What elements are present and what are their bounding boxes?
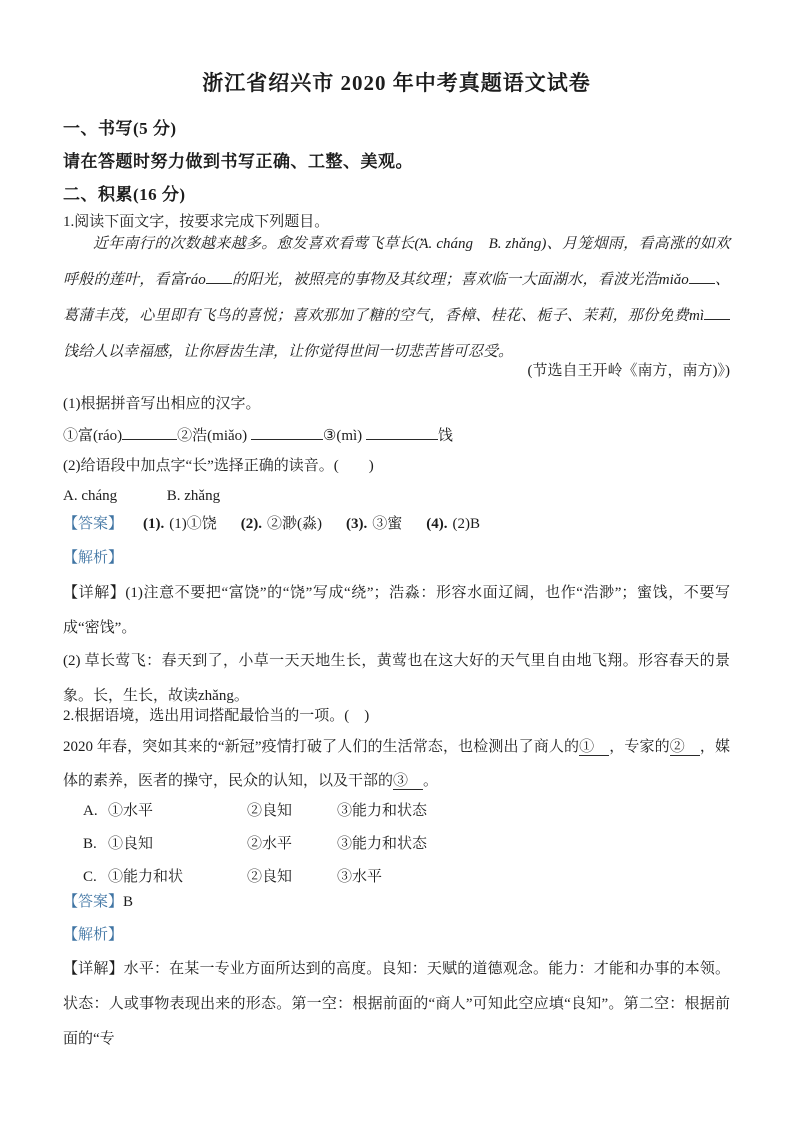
q1-answer-part: (4).(2)B — [426, 508, 480, 541]
q2-detail: 【详解】水平：在某一专业方面所达到的高度。良知：天赋的道德观念。能力：才能和办事… — [63, 952, 730, 1057]
exam-document-page: 浙江省绍兴市 2020 年中考真题语文试卷 一、书写(5 分) 请在答题时努力做… — [0, 0, 793, 1122]
q1-detail-1: 【详解】(1)注意不要把“富饶”的“饶”写成“绕”；浩淼：形容水面辽阔，也作“浩… — [63, 576, 730, 646]
q2-stem: 2.根据语境，选出用词搭配最恰当的一项。( ) — [63, 700, 730, 733]
blank-underline — [689, 281, 715, 284]
section-heading-writing: 一、书写(5 分) — [63, 112, 730, 145]
q2-answer-value: B — [123, 894, 133, 910]
q2-option-row-b: B. ①良知 ②水平 ③能力和状态 — [83, 828, 730, 861]
answer-tag: 【答案】 — [63, 508, 123, 541]
numbered-blank-underline: ② — [670, 739, 700, 756]
q1-analysis-tag: 【解析】 — [63, 542, 730, 575]
q1-answer-part: (2).②渺(淼) — [241, 508, 322, 541]
answer-tag: 【答案】 — [63, 894, 123, 910]
q1-source-attribution: (节选自王开岭《南方，南方)》) — [63, 355, 730, 388]
q2-answer-line: 【答案】B — [63, 886, 730, 919]
numbered-blank-underline: ③ — [393, 773, 423, 790]
q1-answer-part: (3).③蜜 — [346, 508, 402, 541]
blank-underline — [366, 437, 438, 440]
q1-passage: 近年南行的次数越来越多。愈发喜欢看莺飞草长(A. cháng B. zhǎng)… — [63, 226, 730, 370]
q1-answer-line: 【答案】 (1).(1)①饶 (2).②渺(淼) (3).③蜜 (4).(2)B — [63, 508, 730, 541]
blank-underline — [251, 437, 323, 440]
blank-underline — [704, 317, 730, 320]
emphasis-dotted-char: 长 — [399, 236, 414, 252]
q1-option-b: B. zhǎng — [167, 488, 220, 504]
numbered-blank-underline: ① — [579, 739, 609, 756]
q1-answer-part: (1).(1)①饶 — [143, 508, 217, 541]
q2-context-paragraph: 2020 年春，突如其来的“新冠”疫情打破了人们的生活常态，也检测出了商人的①，… — [63, 730, 730, 798]
page-title: 浙江省绍兴市 2020 年中考真题语文试卷 — [0, 66, 793, 100]
q2-option-row-a: A. ①水平 ②良知 ③能力和状态 — [83, 795, 730, 828]
blank-underline — [206, 281, 232, 284]
q2-analysis-tag: 【解析】 — [63, 919, 730, 952]
q1-subquestion-2: (2)给语段中加点字“长”选择正确的读音。( ) — [63, 450, 730, 483]
blank-underline — [122, 437, 177, 440]
writing-note: 请在答题时努力做到书写正确、工整、美观。 — [63, 145, 730, 178]
q1-blanks-line: ①富(ráo)②浩(miǎo) ③(mì) 饯 — [63, 420, 730, 453]
q1-subquestion-1: (1)根据拼音写出相应的汉字。 — [63, 388, 730, 421]
